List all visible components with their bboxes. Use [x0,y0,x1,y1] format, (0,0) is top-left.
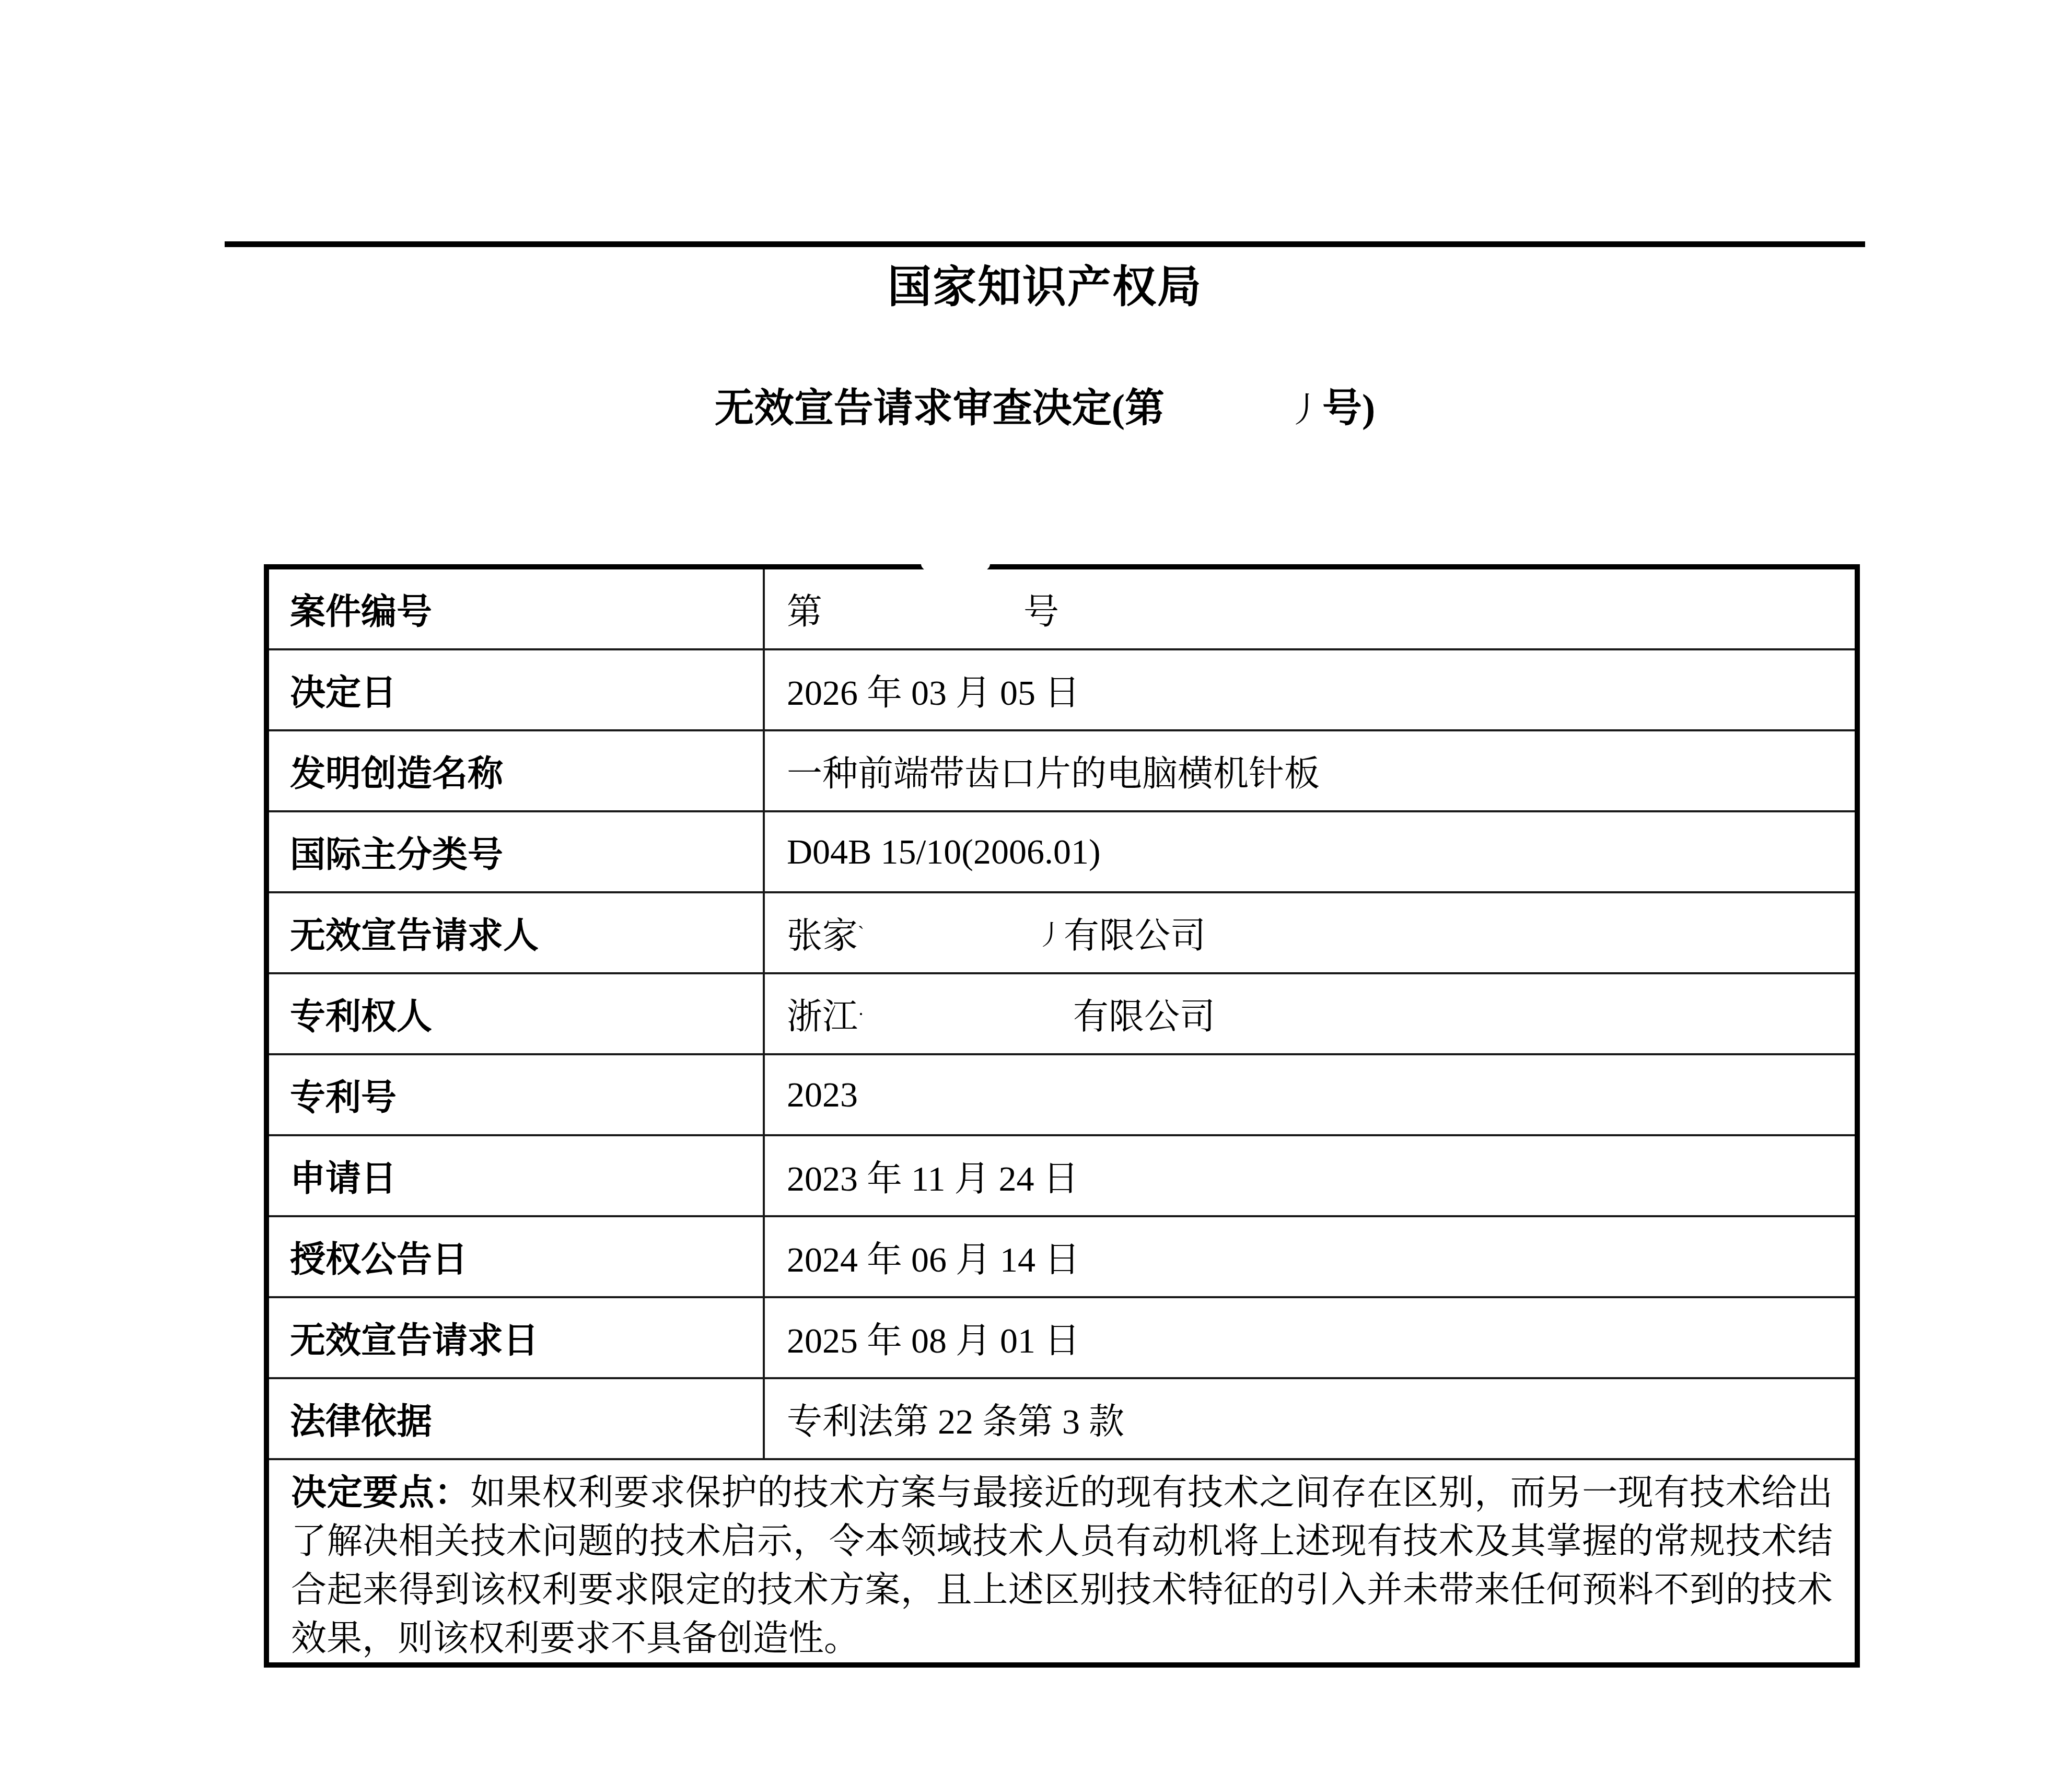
table-row-ipc-class: 国际主分类号 D04B 15/10(2006.01) [269,812,1855,893]
value-text: 2024 年 06 月 14 日 [787,1231,1080,1282]
value-text: 2023 年 11 月 24 日 [787,1150,1078,1201]
row-value: 浙江·有限公司 [765,974,1855,1053]
table-row-filing-date: 申请日 2023 年 11 月 24 日 [269,1136,1855,1217]
redaction-gap [864,930,1037,936]
table-row-patentee: 专利权人 浙江·有限公司 [269,974,1855,1055]
row-value: 专利法第 22 条第 3 款 [765,1379,1855,1458]
label-text: 专利号 [290,1069,397,1120]
value-text: 2023 [787,1074,858,1115]
value-text: D04B 15/10(2006.01) [787,831,1101,872]
label-text: 国际主分类号 [290,826,503,877]
document-page: 国家知识产权局 无效宣告请求审查决定(第丿号) 案件编号 第号 决定日 2026… [0,0,2072,1782]
page-subtitle: 无效宣告请求审查决定(第丿号) [225,376,1865,433]
value-text: 有限公司 [1064,907,1206,958]
row-value: 2024 年 06 月 14 日 [765,1217,1855,1296]
table-row-legal-basis: 法律依据 专利法第 22 条第 3 款 [269,1379,1855,1460]
row-label: 决定日 [269,650,765,729]
redaction-fragment: 丿 [1037,913,1064,952]
page-title: 国家知识产权局 [225,252,1865,315]
row-label: 专利号 [269,1055,765,1134]
row-label: 国际主分类号 [269,812,765,891]
redaction-fragment: · [858,1003,864,1025]
value-text: 第 [787,584,822,634]
value-text: 一种前端带齿口片的电脑横机针板 [787,746,1320,796]
row-value: 一种前端带齿口片的电脑横机针板 [765,731,1855,810]
label-text: 无效宣告请求人 [290,907,539,958]
value-text: 2025 年 08 月 01 日 [787,1312,1080,1363]
value-text: 号 [1023,584,1059,634]
row-value: 2025 年 08 月 01 日 [765,1298,1855,1377]
redaction-gap [1165,416,1288,422]
subtitle-suffix: 号) [1322,387,1375,430]
label-text: 授权公告日 [290,1231,468,1282]
summary-label: 决定要点： [291,1473,470,1512]
table-row-decision-date: 决定日 2026 年 03 月 05 日 [269,650,1855,731]
value-text: 有限公司 [1073,988,1215,1039]
label-text: 发明创造名称 [290,746,503,796]
table-row-patent-number: 专利号 2023 [269,1055,1855,1136]
label-text: 案件编号 [290,584,432,634]
redaction-notch [921,552,990,577]
subtitle-prefix: 无效宣告请求审查决定(第 [715,387,1165,430]
row-label: 无效宣告请求人 [269,893,765,972]
value-text: 2026 年 03 月 05 日 [787,665,1080,715]
header-rule [225,241,1865,247]
summary-text: 如果权利要求保护的技术方案与最接近的现有技术之间存在区别，而另一现有技术给出了解… [291,1473,1833,1658]
value-text: 专利法第 22 条第 3 款 [787,1393,1124,1444]
redaction-gap [822,607,1023,612]
value-text: 浙江 [787,988,858,1039]
redaction-fragment: ˋ [858,922,864,944]
row-value: 第号 [765,569,1855,648]
label-text: 决定日 [290,665,397,715]
label-text: 法律依据 [290,1393,432,1444]
decision-summary: 决定要点：如果权利要求保护的技术方案与最接近的现有技术之间存在区别，而另一现有技… [269,1460,1855,1668]
value-text: 张家 [787,907,858,958]
row-label: 申请日 [269,1136,765,1215]
table-row-request-date: 无效宣告请求日 2025 年 08 月 01 日 [269,1298,1855,1379]
label-text: 专利权人 [290,988,432,1039]
row-label: 案件编号 [269,569,765,648]
label-text: 无效宣告请求日 [290,1312,539,1363]
redaction-fragment: 丿 [1288,391,1322,429]
table-row-case-number: 案件编号 第号 [269,569,1855,650]
row-label: 专利权人 [269,974,765,1053]
table-row-petitioner: 无效宣告请求人 张家ˋ丿有限公司 [269,893,1855,974]
row-label: 无效宣告请求日 [269,1298,765,1377]
table-row-grant-date: 授权公告日 2024 年 06 月 14 日 [269,1217,1855,1298]
row-label: 法律依据 [269,1379,765,1458]
row-label: 发明创造名称 [269,731,765,810]
label-text: 申请日 [290,1150,397,1201]
row-value: 张家ˋ丿有限公司 [765,893,1855,972]
row-value: D04B 15/10(2006.01) [765,812,1855,891]
row-label: 授权公告日 [269,1217,765,1296]
redaction-gap [864,1011,1073,1017]
row-value: 2026 年 03 月 05 日 [765,650,1855,729]
row-value: 2023 [765,1055,1855,1134]
row-value: 2023 年 11 月 24 日 [765,1136,1855,1215]
table-row-invention-title: 发明创造名称 一种前端带齿口片的电脑横机针板 [269,731,1855,812]
case-info-table: 案件编号 第号 决定日 2026 年 03 月 05 日 发明创造名称 一种前端… [264,564,1860,1668]
